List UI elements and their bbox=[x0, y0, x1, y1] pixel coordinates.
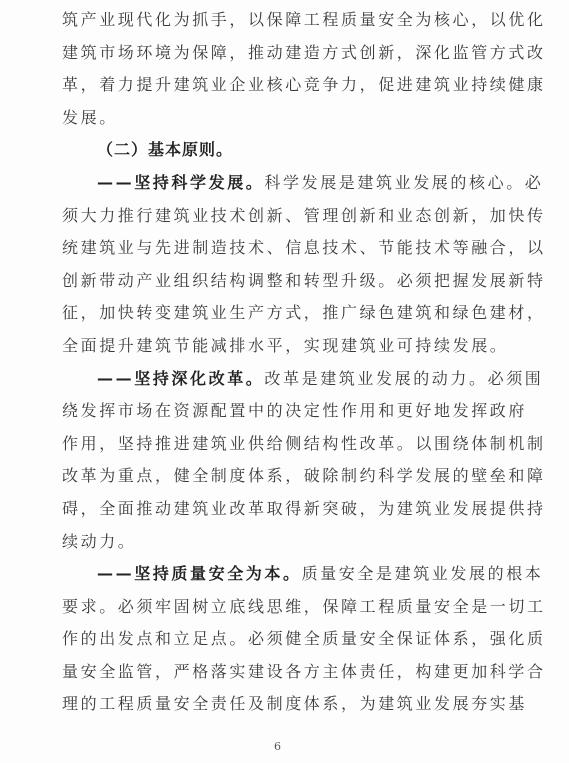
principle-text: 改革是建筑业发展的动力。必须围 bbox=[264, 369, 543, 388]
body-line: 征，加快转变建筑业生产方式，推广绿色建筑和绿色建材， bbox=[62, 297, 494, 330]
principle-first-line: ——坚持深化改革。改革是建筑业发展的动力。必须围 bbox=[62, 363, 494, 396]
body-line: 创新带动产业组织结构调整和转型升级。必须把握发展新特 bbox=[62, 265, 494, 298]
body-line: 建筑市场环境为保障，推动建造方式创新，深化监管方式改 bbox=[62, 37, 494, 70]
body-line: 须大力推行建筑业技术创新、管理创新和业态创新，加快传 bbox=[62, 200, 494, 233]
principle-title: ——坚持质量安全为本。 bbox=[97, 564, 302, 583]
body-line: 碍，全面推动建筑业改革取得新突破，为建筑业发展提供持 bbox=[62, 493, 494, 526]
body-line: 作的出发点和立足点。必须健全质量安全保证体系，强化质 bbox=[62, 623, 494, 656]
body-line: 改革为重点，健全制度体系，破除制约科学发展的壁垒和障 bbox=[62, 460, 494, 493]
body-line: 作用，坚持推进建筑业供给侧结构性改革。以围绕体制机制 bbox=[62, 428, 494, 461]
principle-text: 科学发展是建筑业发展的核心。必 bbox=[264, 173, 543, 192]
body-line: 续动力。 bbox=[62, 526, 494, 559]
section-heading: （二）基本原则。 bbox=[62, 134, 494, 167]
body-line: 全面提升建筑节能减排水平，实现建筑业可持续发展。 bbox=[62, 330, 494, 363]
principle-first-line: ——坚持科学发展。科学发展是建筑业发展的核心。必 bbox=[62, 167, 494, 200]
principle-first-line: ——坚持质量安全为本。质量安全是建筑业发展的根本 bbox=[62, 558, 494, 591]
document-page: 筑产业现代化为抓手，以保障工程质量安全为核心，以优化 建筑市场环境为保障，推动建… bbox=[62, 4, 494, 721]
body-line: 要求。必须牢固树立底线思维，保障工程质量安全是一切工 bbox=[62, 591, 494, 624]
body-line: 绕发挥市场在资源配置中的决定性作用和更好地发挥政府 bbox=[62, 395, 494, 428]
body-line: 量安全监管，严格落实建设各方主体责任，构建更加科学合 bbox=[62, 656, 494, 689]
principle-text: 质量安全是建筑业发展的根本 bbox=[302, 564, 544, 583]
principle-title: ——坚持深化改革。 bbox=[97, 369, 264, 388]
page-number: 6 bbox=[274, 740, 281, 753]
body-line: 筑产业现代化为抓手，以保障工程质量安全为核心，以优化 bbox=[62, 4, 494, 37]
body-line: 理的工程质量安全责任及制度体系，为建筑业发展夯实基 bbox=[62, 688, 494, 721]
body-line: 革，着力提升建筑业企业核心竞争力，促进建筑业持续健康 bbox=[62, 69, 494, 102]
body-line: 发展。 bbox=[62, 102, 494, 135]
body-line: 统建筑业与先进制造技术、信息技术、节能技术等融合，以 bbox=[62, 232, 494, 265]
principle-title: ——坚持科学发展。 bbox=[97, 173, 264, 192]
